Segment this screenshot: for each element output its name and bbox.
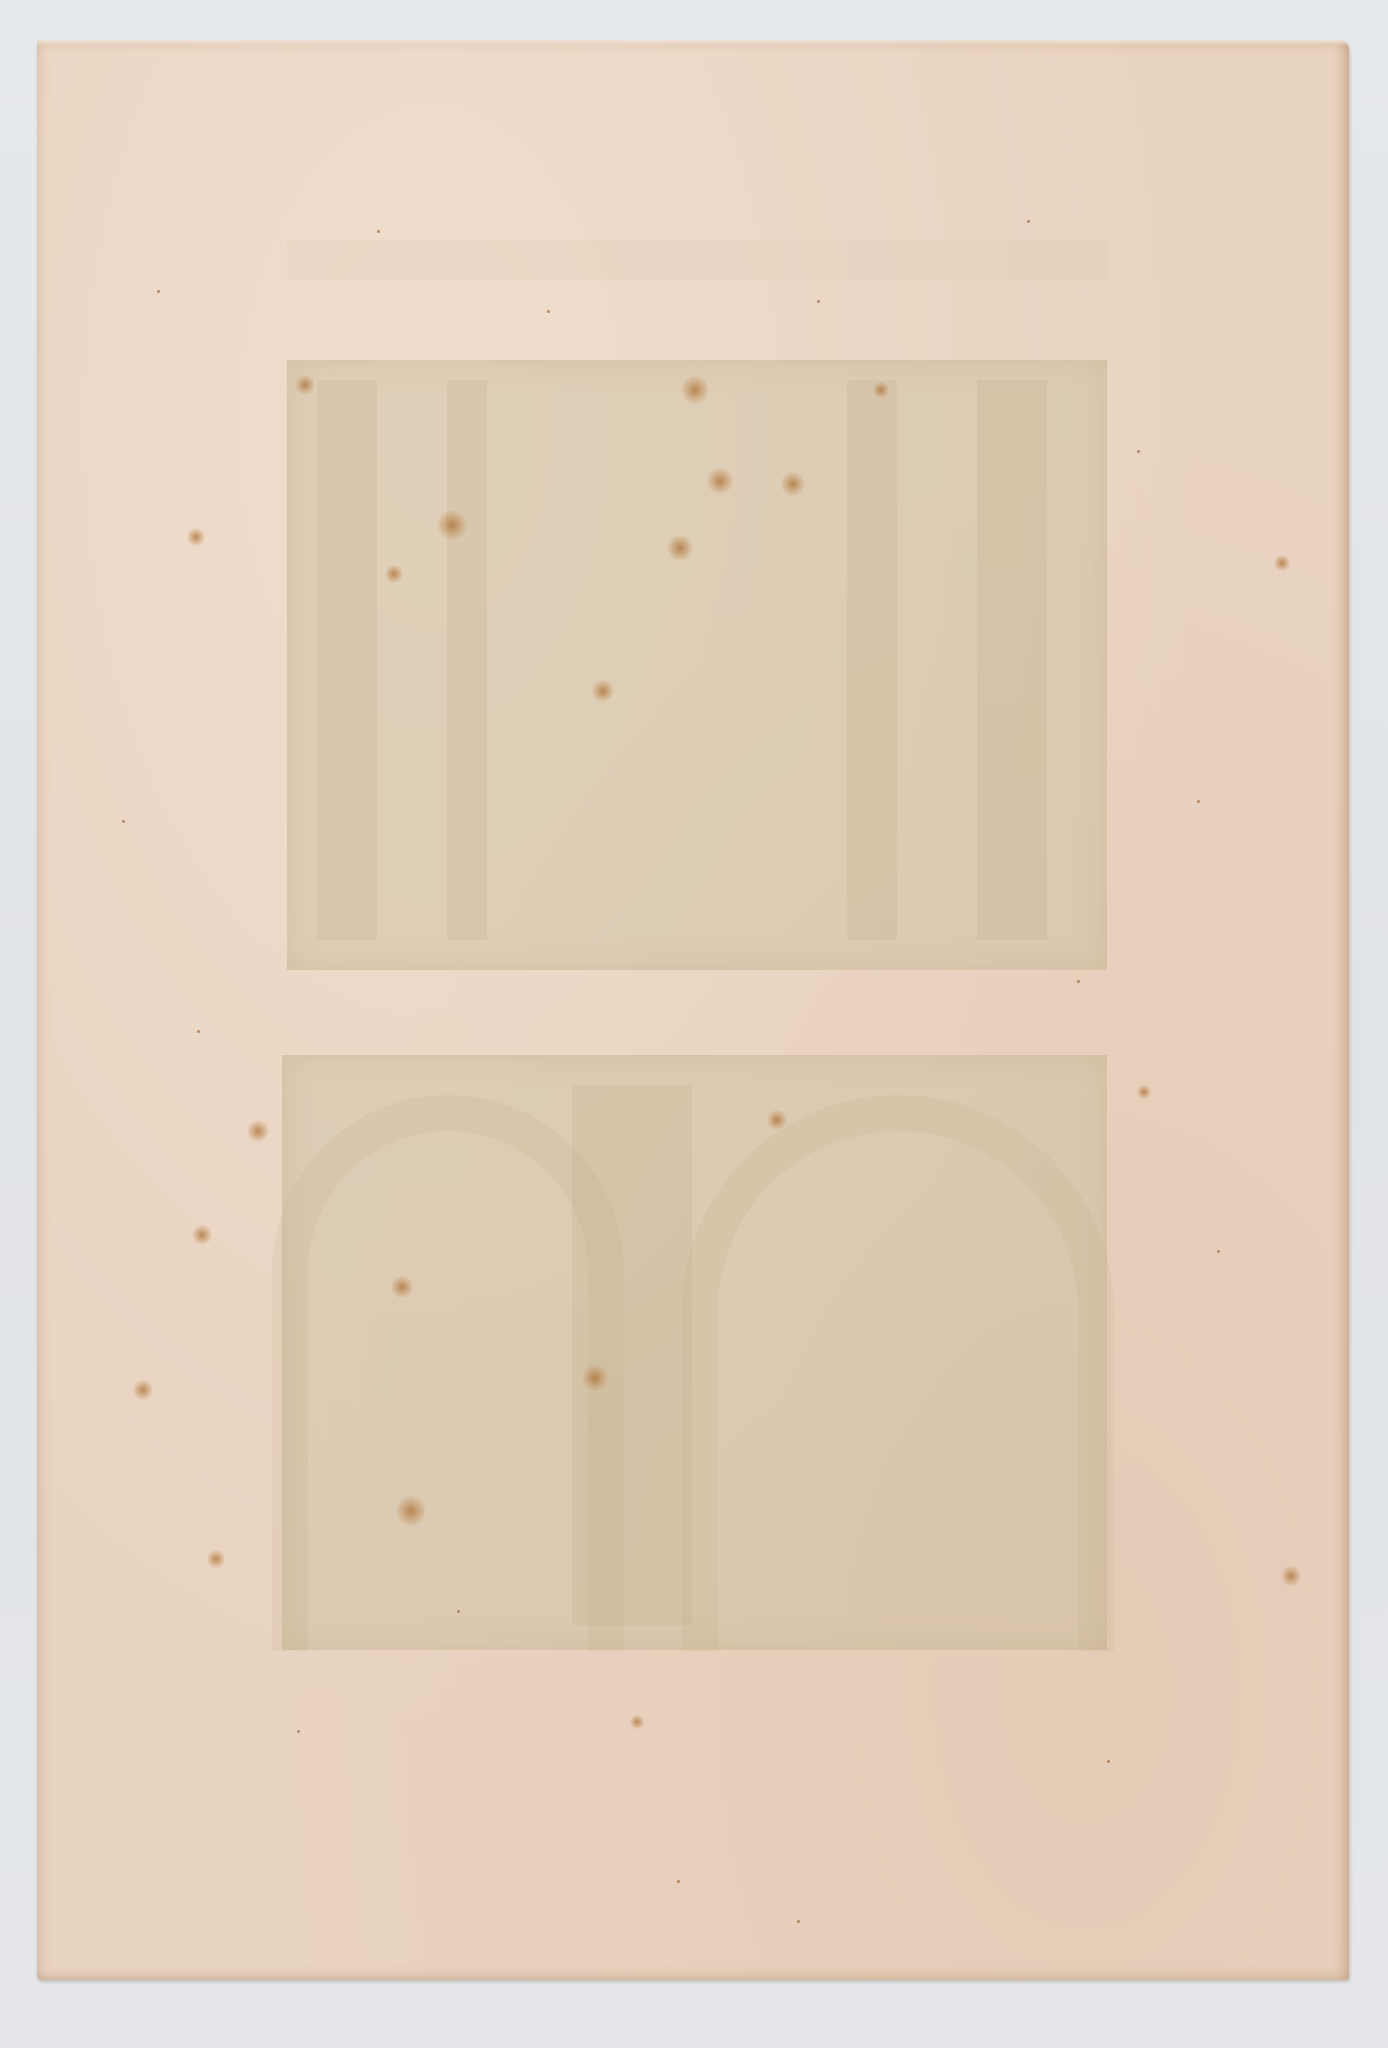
speck — [377, 230, 380, 233]
foxing-spot — [667, 535, 693, 561]
foxing-spot — [1282, 1565, 1300, 1587]
speck — [1137, 450, 1140, 453]
speck — [1217, 1250, 1220, 1253]
foxing-spot — [133, 1380, 153, 1400]
foxing-spot — [385, 565, 403, 583]
foxing-spot — [1137, 1085, 1151, 1099]
foxing-spot — [582, 1365, 608, 1391]
speck — [1077, 980, 1080, 983]
foxing-spot — [192, 1225, 212, 1245]
speck — [197, 1030, 200, 1033]
sheet-top-edge — [37, 40, 1349, 46]
foxing-spot — [1274, 555, 1290, 571]
speck — [1107, 1760, 1110, 1763]
ghost-column — [447, 380, 487, 940]
foxing-spot — [707, 468, 733, 494]
speck — [1027, 220, 1030, 223]
foxing-spot — [781, 472, 805, 496]
lower-plate-show-through — [282, 1055, 1107, 1650]
speck — [297, 1730, 300, 1733]
foxing-spot — [392, 1275, 412, 1299]
ghost-column — [317, 380, 377, 940]
foxing-spot — [592, 680, 614, 702]
plate-band-shadow — [287, 240, 1107, 280]
foxing-spot — [397, 1495, 425, 1527]
foxing-spot — [207, 1550, 225, 1568]
foxing-spot — [437, 510, 467, 540]
ghost-column — [572, 1085, 692, 1625]
speck — [677, 1880, 680, 1883]
speck — [1197, 800, 1200, 803]
ghost-column — [977, 380, 1047, 940]
foxing-spot — [682, 375, 708, 405]
speck — [797, 1920, 800, 1923]
speck — [817, 300, 820, 303]
foxing-spot — [187, 528, 205, 546]
speck — [157, 290, 160, 293]
speck — [547, 310, 550, 313]
speck — [457, 1610, 460, 1613]
ghost-column — [847, 380, 897, 940]
speck — [122, 820, 125, 823]
foxing-spot — [630, 1715, 644, 1729]
foxing-spot — [295, 375, 315, 395]
foxing-spot — [767, 1110, 787, 1130]
paper-sheet — [37, 40, 1349, 1980]
ghost-arch — [682, 1095, 1114, 1651]
foxing-spot — [873, 382, 889, 398]
foxing-spot — [247, 1120, 269, 1142]
upper-plate-show-through — [287, 360, 1107, 970]
